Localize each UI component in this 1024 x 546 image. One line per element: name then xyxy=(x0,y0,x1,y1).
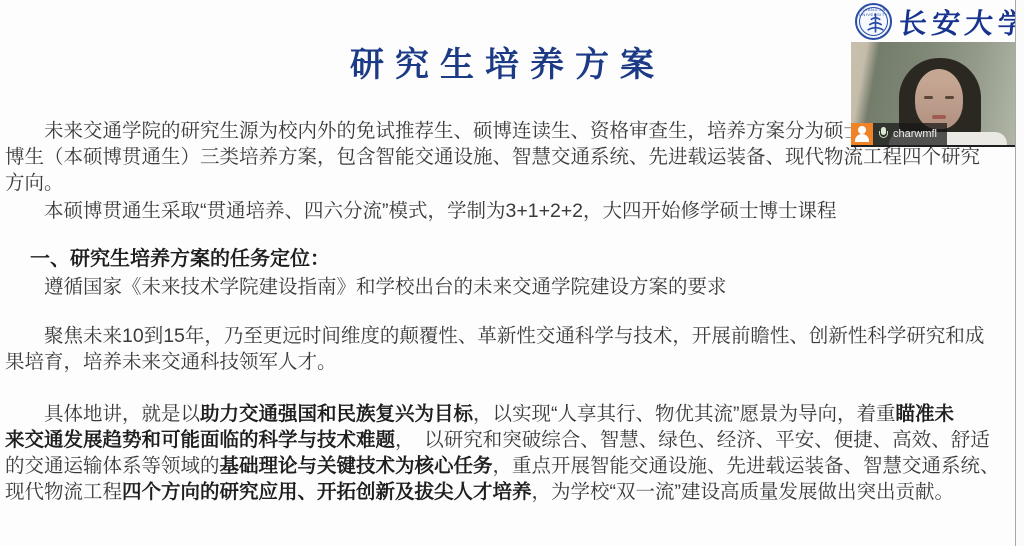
participant-face xyxy=(915,69,963,129)
text-line: 具体地讲，就是以助力交通强国和民族复兴为目标，以实现“人享其行、物优其流”愿景为… xyxy=(5,401,1001,427)
text-segment: 一、研究生培养方案的任务定位： xyxy=(30,248,330,270)
university-seal-icon: CHANG'AN UNIVERSITY xyxy=(855,3,892,40)
university-name-cn: 长安大学 xyxy=(897,2,1024,42)
paragraph: 本硕博贯通生采取“贯通培养、四六分流”模式，学制为3+1+2+2，大四开始修学硕… xyxy=(5,198,1001,224)
text-line: 来交通发展趋势和可能面临的科学与技术难题， 以研究和突破综合、智慧、绿色、经济、… xyxy=(5,427,1001,453)
paragraph: 遵循国家《未来技术学院建设指南》和学校出台的未来交通学院建设方案的要求 xyxy=(5,274,1001,300)
participant-name: charwmfl xyxy=(893,128,937,140)
text-line: 一、研究生培养方案的任务定位： xyxy=(30,246,1001,272)
screen-share-stage: 研究生培养方案 未来交通学院的研究生源为校内外的免试推荐生、硕博连读生、资格审查… xyxy=(0,0,1024,546)
window-right-gutter xyxy=(1016,0,1024,546)
text-segment: 遵循国家《未来技术学院建设指南》和学校出台的未来交通学院建设方案的要求 xyxy=(5,276,727,298)
participant-name-bar: charwmfl xyxy=(851,123,947,145)
text-line: 遵循国家《未来技术学院建设指南》和学校出台的未来交通学院建设方案的要求 xyxy=(5,274,1001,300)
text-line: 博生（本硕博贯通生）三类培养方案，包含智能交通设施、智慧交通系统、先进载运装备、… xyxy=(5,144,1001,170)
webcam-video[interactable]: charwmfl xyxy=(851,42,1016,147)
text-segment: 聚焦未来10到15年，乃至更远时间维度的颠覆性、革新性交通科学与技术，开展前瞻性… xyxy=(5,325,984,347)
text-line: 的交通运输体系等领域的基础理论与关键技术为核心任务，重点开展智能交通设施、先进载… xyxy=(5,453,1001,479)
text-line: 聚焦未来10到15年，乃至更远时间维度的颠覆性、革新性交通科学与技术，开展前瞻性… xyxy=(5,323,1001,349)
university-name-en: CHANG'AN UNIVERSITY xyxy=(857,7,890,17)
text-segment: 果培育，培养未来交通科技领军人才。 xyxy=(5,351,337,373)
text-segment: 方向。 xyxy=(5,172,64,194)
text-line: 方向。 xyxy=(5,170,1001,196)
text-segment: ，以实现“人享其行、物优其流”愿景为导向，着重 xyxy=(473,403,896,425)
text-segment: 瞄准未 xyxy=(896,403,955,425)
person-icon xyxy=(851,123,873,145)
paragraph: 具体地讲，就是以助力交通强国和民族复兴为目标，以实现“人享其行、物优其流”愿景为… xyxy=(5,401,1001,505)
text-segment: ，重点开展智能交通设施、先进载运装备、智慧交通系统、 xyxy=(493,455,1000,477)
text-line: 现代物流工程四个方向的研究应用、开拓创新及拔尖人才培养，为学校“双一流”建设高质… xyxy=(5,479,1001,505)
text-segment: 博生（本硕博贯通生）三类培养方案，包含智能交通设施、智慧交通系统、先进载运装备、… xyxy=(5,146,980,168)
text-segment: 助力交通强国和民族复兴为目标 xyxy=(200,403,473,425)
text-segment: 未来交通学院的研究生源为校内外的免试推荐生、硕博连读生、资格审查生，培养方案分为… xyxy=(5,120,922,142)
text-line: 本硕博贯通生采取“贯通培养、四六分流”模式，学制为3+1+2+2，大四开始修学硕… xyxy=(5,198,1001,224)
paragraph: 聚焦未来10到15年，乃至更远时间维度的颠覆性、革新性交通科学与技术，开展前瞻性… xyxy=(5,323,1001,375)
microphone-icon xyxy=(878,127,889,142)
text-segment: 现代物流工程 xyxy=(5,481,122,503)
text-segment: 的交通运输体系等领域的 xyxy=(5,455,220,477)
text-segment: 四个方向的研究应用、开拓创新及拔尖人才培养 xyxy=(122,481,532,503)
text-line: 果培育，培养未来交通科技领军人才。 xyxy=(5,349,1001,375)
text-segment: 具体地讲，就是以 xyxy=(5,403,200,425)
text-segment: 基础理论与关键技术为核心任务 xyxy=(220,455,493,477)
text-segment: ， 以研究和突破综合、智慧、绿色、经济、平安、便捷、高效、舒适 xyxy=(395,429,990,451)
text-segment: ，为学校“双一流”建设高质量发展做出突出贡献。 xyxy=(532,481,955,503)
text-segment: 来交通发展趋势和可能面临的科学与技术难题 xyxy=(5,429,395,451)
text-segment: 本硕博贯通生采取“贯通培养、四六分流”模式，学制为3+1+2+2，大四开始修学硕… xyxy=(5,200,837,222)
paragraph: 一、研究生培养方案的任务定位： xyxy=(5,246,1001,272)
university-logo: CHANG'AN UNIVERSITY 长安大学 xyxy=(855,1,1015,42)
